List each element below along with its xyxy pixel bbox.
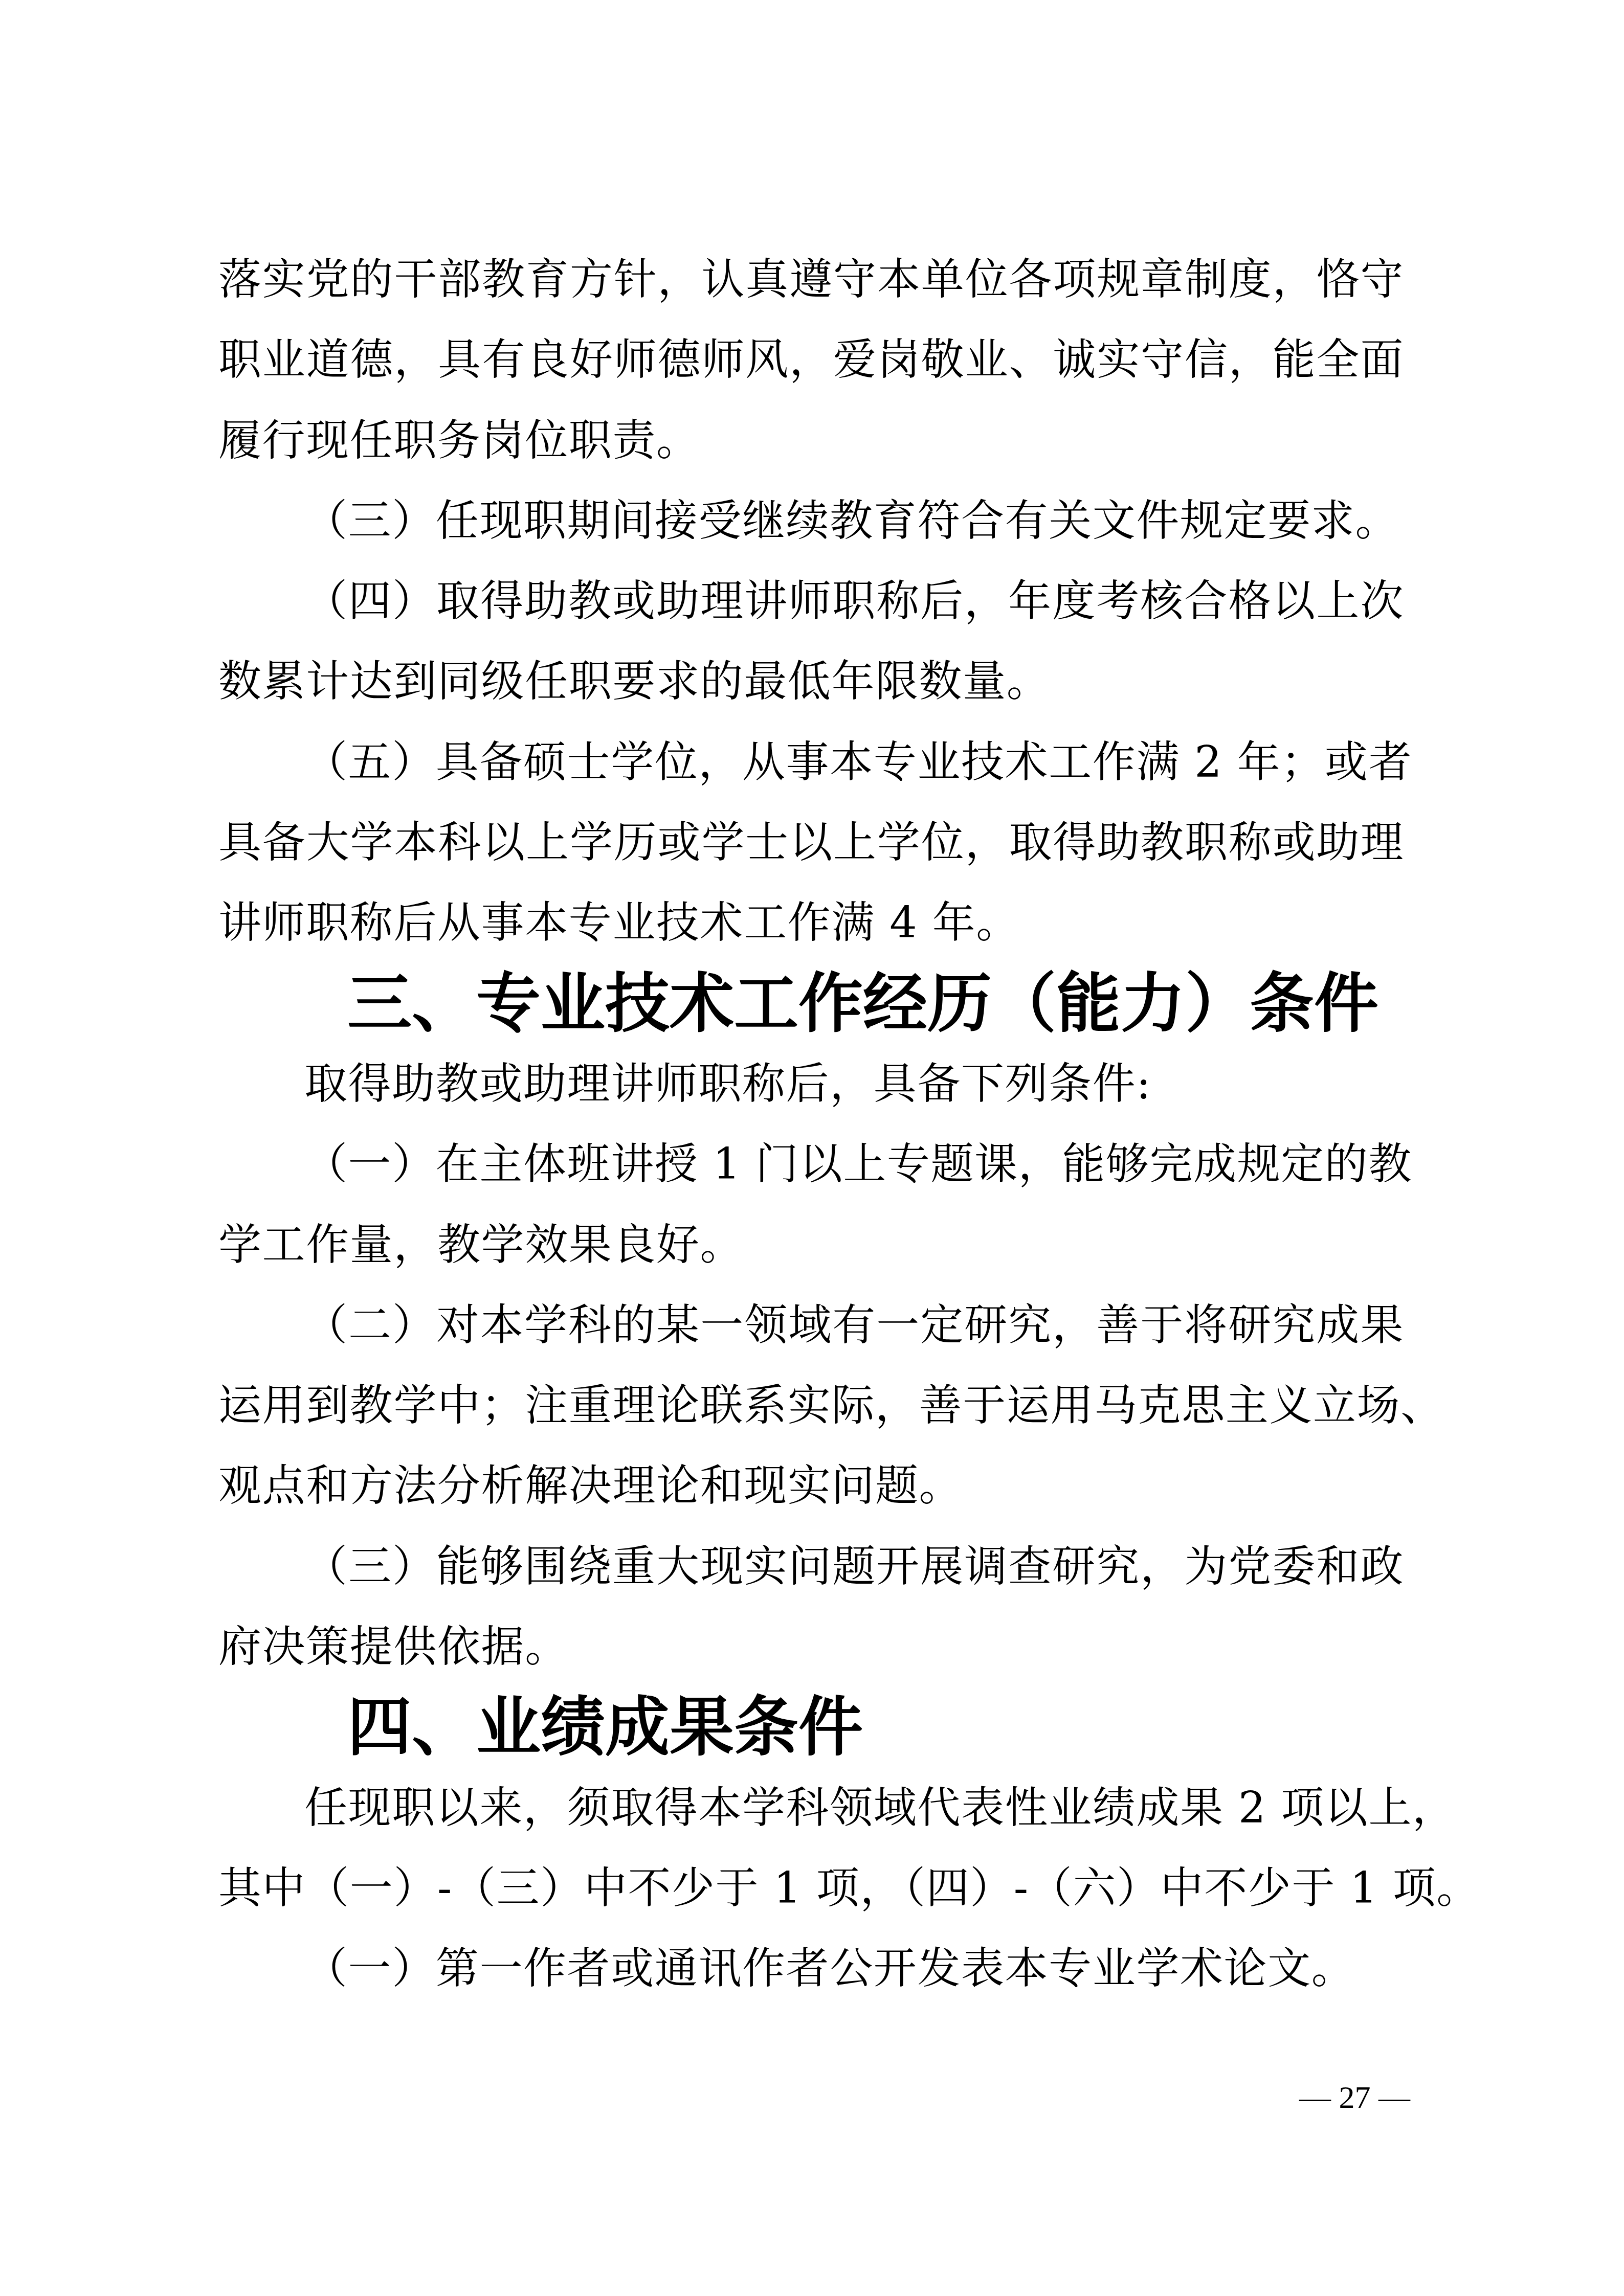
text-line: 运用到教学中；注重理论联系实际，善于运用马克思主义立场、: [218, 1365, 1404, 1446]
text-line: （二）对本学科的某一领域有一定研究，善于将研究成果: [218, 1285, 1404, 1365]
text-line: 履行现任职务岗位职责。: [218, 400, 1404, 481]
text-line: （一）在主体班讲授 1 门以上专题课，能够完成规定的教: [218, 1124, 1404, 1204]
text-line: 学工作量，教学效果良好。: [218, 1205, 1404, 1285]
paragraph-teaching-load: （一）在主体班讲授 1 门以上专题课，能够完成规定的教 学工作量，教学效果良好。: [218, 1124, 1404, 1285]
page-number: — 27 —: [1299, 2077, 1410, 2118]
text-line: （一）第一作者或通讯作者公开发表本专业学术论文。: [218, 1928, 1404, 2009]
paragraph-achievement-count: 任现职以来，须取得本学科领域代表性业绩成果 2 项以上， 其中（一）-（三）中不…: [218, 1768, 1404, 1929]
text-line: （三）能够围绕重大现实问题开展调查研究，为党委和政: [218, 1526, 1404, 1607]
section-heading-work-experience: 三、专业技术工作经历（能力）条件: [218, 963, 1404, 1044]
text-line: （三）任现职期间接受继续教育符合有关文件规定要求。: [218, 481, 1404, 561]
paragraph-professional-ethics: 落实党的干部教育方针，认真遵守本单位各项规章制度，恪守 职业道德，具有良好师德师…: [218, 239, 1404, 481]
text-line: （五）具备硕士学位，从事本专业技术工作满 2 年；或者: [218, 722, 1404, 802]
text-line: 府决策提供依据。: [218, 1607, 1404, 1687]
text-line: 任现职以来，须取得本学科领域代表性业绩成果 2 项以上，: [218, 1768, 1404, 1848]
paragraph-annual-assessment: （四）取得助教或助理讲师职称后，年度考核合格以上次 数累计达到同级任职要求的最低…: [218, 561, 1404, 722]
text-line: 数累计达到同级任职要求的最低年限数量。: [218, 641, 1404, 722]
document-body: 落实党的干部教育方针，认真遵守本单位各项规章制度，恪守 职业道德，具有良好师德师…: [218, 239, 1404, 2009]
text-line: 其中（一）-（三）中不少于 1 项，（四）-（六）中不少于 1 项。: [218, 1848, 1404, 1928]
text-line: 取得助教或助理讲师职称后，具备下列条件:: [218, 1044, 1404, 1124]
paragraph-continuing-education: （三）任现职期间接受继续教育符合有关文件规定要求。: [218, 481, 1404, 561]
paragraph-research-application: （二）对本学科的某一领域有一定研究，善于将研究成果 运用到教学中；注重理论联系实…: [218, 1285, 1404, 1526]
section-heading-achievements: 四、业绩成果条件: [218, 1687, 1404, 1767]
text-line: 观点和方法分析解决理论和现实问题。: [218, 1446, 1404, 1526]
text-line: （四）取得助教或助理讲师职称后，年度考核合格以上次: [218, 561, 1404, 641]
text-line: 讲师职称后从事本专业技术工作满 4 年。: [218, 883, 1404, 963]
paragraph-academic-papers: （一）第一作者或通讯作者公开发表本专业学术论文。: [218, 1928, 1404, 2009]
document-page: 落实党的干部教育方针，认真遵守本单位各项规章制度，恪守 职业道德，具有良好师德师…: [0, 0, 1624, 2296]
paragraph-conditions-intro: 取得助教或助理讲师职称后，具备下列条件:: [218, 1044, 1404, 1124]
text-line: 具备大学本科以上学历或学士以上学位，取得助教职称或助理: [218, 802, 1404, 883]
paragraph-education-requirement: （五）具备硕士学位，从事本专业技术工作满 2 年；或者 具备大学本科以上学历或学…: [218, 722, 1404, 963]
text-line: 落实党的干部教育方针，认真遵守本单位各项规章制度，恪守: [218, 239, 1404, 320]
text-line: 职业道德，具有良好师德师风，爱岗敬业、诚实守信，能全面: [218, 320, 1404, 400]
paragraph-survey-research: （三）能够围绕重大现实问题开展调查研究，为党委和政 府决策提供依据。: [218, 1526, 1404, 1687]
